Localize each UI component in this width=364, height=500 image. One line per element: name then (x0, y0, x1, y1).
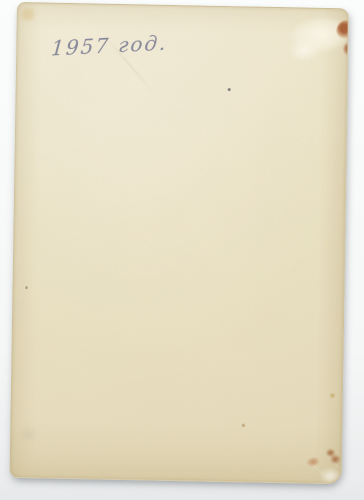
ink-speck-top-center (228, 88, 231, 91)
foxing-spot-top-left (20, 6, 36, 22)
foxing-spot-right-middle (330, 393, 335, 398)
paper-shading (11, 3, 348, 483)
scanner-background: 1957 год. (0, 0, 364, 500)
handwritten-year-annotation: 1957 год. (50, 31, 168, 61)
corner-scuff-mark (285, 11, 349, 66)
speck-left-edge (25, 286, 27, 289)
fleck-bottom-center (241, 423, 245, 427)
corner-smudge-bottom-right (328, 479, 349, 484)
crease-lines-bottom-right (308, 457, 349, 485)
stain-spot-bottom-right-light (305, 455, 323, 468)
worn-corner-highlight (319, 467, 343, 484)
rust-stain-top-right-small (343, 42, 349, 56)
smudge-bottom-left (17, 427, 39, 442)
photo-back-paper: 1957 год. (10, 2, 349, 484)
rust-stain-top-right (337, 20, 349, 38)
paper-texture (11, 3, 349, 484)
stain-spot-bottom-right-dark (325, 448, 341, 464)
